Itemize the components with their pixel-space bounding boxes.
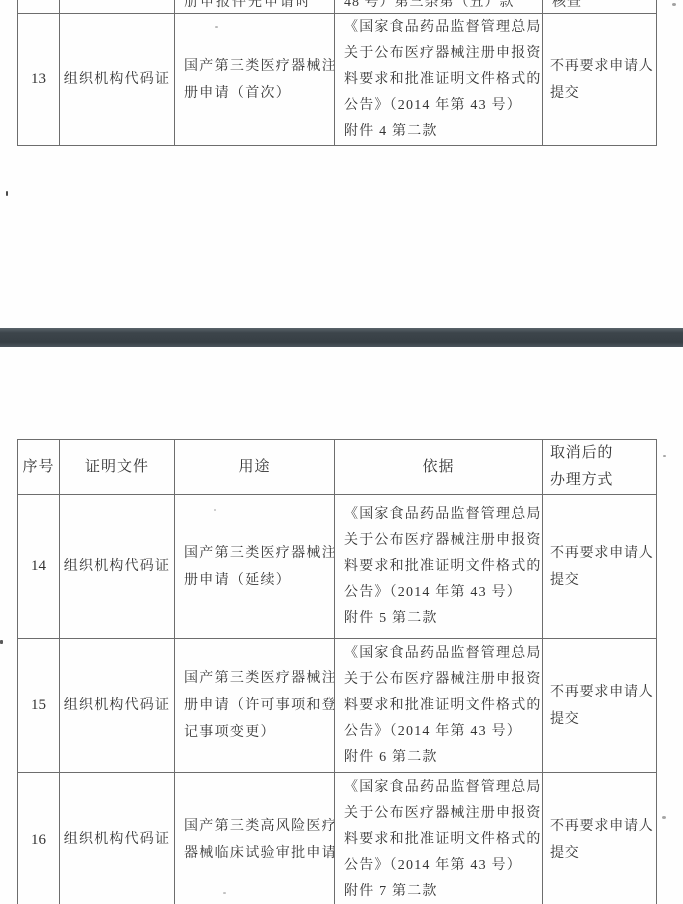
cell-usage: 国产第三类医疗器械注 册申请（延续） xyxy=(175,495,335,639)
text-line: 关于公布医疗器械注册申报资 xyxy=(344,528,542,554)
scanned-page: 册申报件先申请时 48 号）第三条第（五）款 核查 13 组织机构代码证 国产第… xyxy=(0,0,683,904)
cell-certificate: 组织机构代码证 xyxy=(60,773,175,904)
text-line: 料要求和批准证明文件格式的 xyxy=(344,67,542,93)
text-line: 料要求和批准证明文件格式的 xyxy=(344,693,542,719)
text-line: 册申请（首次） xyxy=(184,80,291,107)
text-line: 《国家食品药品监督管理总局 xyxy=(344,641,542,667)
certificate-name: 组织机构代码证 xyxy=(64,827,170,853)
clipped-text: 册申报件先申请时 xyxy=(184,0,312,11)
table-row-16: 16 组织机构代码证 国产第三类高风险医疗 器械临床试验审批申请 《国家食品药品… xyxy=(18,773,657,904)
cell-certificate: 组织机构代码证 xyxy=(60,495,175,639)
cell-basis: 《国家食品药品监督管理总局 关于公布医疗器械注册申报资 料要求和批准证明文件格式… xyxy=(335,14,543,146)
header-label-line: 取消后的 xyxy=(550,440,613,467)
header-label-line: 办理方式 xyxy=(550,467,613,494)
header-label: 依据 xyxy=(335,440,542,494)
text-line: 国产第三类高风险医疗 xyxy=(184,813,335,840)
certificate-name: 组织机构代码证 xyxy=(64,554,170,580)
header-usage: 用途 xyxy=(175,440,335,495)
cell-serial xyxy=(18,0,60,14)
scan-speck xyxy=(672,3,676,6)
serial-number: 14 xyxy=(18,495,59,638)
table-row-partial: 册申报件先申请时 48 号）第三条第（五）款 核查 xyxy=(18,0,657,14)
header-label: 序号 xyxy=(18,440,59,494)
text-line: 附件 5 第二款 xyxy=(344,606,438,632)
header-basis: 依据 xyxy=(335,440,543,495)
cell-usage: 国产第三类医疗器械注 册申请（许可事项和登 记事项变更） xyxy=(175,639,335,773)
text-line: 公告》（2014 年第 43 号） xyxy=(344,93,522,119)
certificate-name: 组织机构代码证 xyxy=(64,693,170,719)
serial-number: 16 xyxy=(18,773,59,904)
scan-speck xyxy=(214,509,216,511)
cell-after-method: 不再要求申请人 提交 xyxy=(543,495,657,639)
text-line: 公告》（2014 年第 43 号） xyxy=(344,719,522,745)
scan-speck xyxy=(215,26,218,28)
text-line: 不再要求申请人 xyxy=(550,53,654,80)
header-label: 用途 xyxy=(175,440,334,494)
text-line: 《国家食品药品监督管理总局 xyxy=(344,15,542,41)
text-line: 公告》（2014 年第 43 号） xyxy=(344,580,522,606)
cell-serial: 13 xyxy=(18,14,60,146)
scan-speck xyxy=(223,892,226,894)
cell-usage: 国产第三类医疗器械注 册申请（首次） xyxy=(175,14,335,146)
serial-number: 15 xyxy=(18,639,59,772)
cell-serial: 15 xyxy=(18,639,60,773)
header-after-method: 取消后的 办理方式 xyxy=(543,440,657,495)
table-row-13: 13 组织机构代码证 国产第三类医疗器械注 册申请（首次） 《国家食品药品监督管… xyxy=(18,14,657,146)
text-line: 册申请（许可事项和登 xyxy=(184,692,335,719)
table-row-14: 14 组织机构代码证 国产第三类医疗器械注 册申请（延续） 《国家食品药品监督管… xyxy=(18,495,657,639)
header-serial: 序号 xyxy=(18,440,60,495)
cell-serial: 16 xyxy=(18,773,60,904)
text-line: 附件 4 第二款 xyxy=(344,119,438,145)
clipped-text: 48 号）第三条第（五）款 xyxy=(344,0,515,11)
header-label: 证明文件 xyxy=(60,440,174,494)
cell-certificate xyxy=(60,0,175,14)
text-line: 提交 xyxy=(550,840,580,867)
text-line: 册申请（延续） xyxy=(184,567,291,594)
text-line: 器械临床试验审批申请 xyxy=(184,840,335,867)
scan-speck xyxy=(6,191,8,196)
text-line: 公告》（2014 年第 43 号） xyxy=(344,853,522,879)
cell-serial: 14 xyxy=(18,495,60,639)
table-header-row: 序号 证明文件 用途 依据 取消后的 办理方式 xyxy=(18,440,657,495)
text-line: 记事项变更） xyxy=(184,719,276,746)
clipped-text: 核查 xyxy=(552,0,582,11)
cell-after-method: 不再要求申请人 提交 xyxy=(543,14,657,146)
text-line: 国产第三类医疗器械注 xyxy=(184,53,335,80)
cell-basis: 48 号）第三条第（五）款 xyxy=(335,0,543,14)
text-line: 料要求和批准证明文件格式的 xyxy=(344,827,542,853)
page-separator-band xyxy=(0,328,683,347)
text-line: 不再要求申请人 xyxy=(550,540,654,567)
table-top: 册申报件先申请时 48 号）第三条第（五）款 核查 13 组织机构代码证 国产第… xyxy=(17,0,657,146)
cell-after-method: 不再要求申请人 提交 xyxy=(543,639,657,773)
cell-basis: 《国家食品药品监督管理总局 关于公布医疗器械注册申报资 料要求和批准证明文件格式… xyxy=(335,639,543,773)
cell-certificate: 组织机构代码证 xyxy=(60,14,175,146)
text-line: 不再要求申请人 xyxy=(550,679,654,706)
scan-speck xyxy=(663,455,666,457)
text-line: 关于公布医疗器械注册申报资 xyxy=(344,667,542,693)
scan-speck xyxy=(662,816,666,819)
cell-after-method: 不再要求申请人 提交 xyxy=(543,773,657,904)
certificate-name: 组织机构代码证 xyxy=(64,67,170,93)
table-bottom: 序号 证明文件 用途 依据 取消后的 办理方式 14 xyxy=(17,439,657,904)
text-line: 附件 6 第二款 xyxy=(344,745,438,771)
cell-usage: 册申报件先申请时 xyxy=(175,0,335,14)
table-row-15: 15 组织机构代码证 国产第三类医疗器械注 册申请（许可事项和登 记事项变更） … xyxy=(18,639,657,773)
scan-speck xyxy=(0,640,3,644)
text-line: 提交 xyxy=(550,567,580,594)
cell-basis: 《国家食品药品监督管理总局 关于公布医疗器械注册申报资 料要求和批准证明文件格式… xyxy=(335,773,543,904)
header-certificate: 证明文件 xyxy=(60,440,175,495)
text-line: 国产第三类医疗器械注 xyxy=(184,540,335,567)
cell-certificate: 组织机构代码证 xyxy=(60,639,175,773)
text-line: 国产第三类医疗器械注 xyxy=(184,665,335,692)
text-line: 不再要求申请人 xyxy=(550,813,654,840)
text-line: 提交 xyxy=(550,80,580,107)
text-line: 附件 7 第二款 xyxy=(344,879,438,904)
text-line: 料要求和批准证明文件格式的 xyxy=(344,554,542,580)
text-line: 关于公布医疗器械注册申报资 xyxy=(344,801,542,827)
cell-after-method: 核查 xyxy=(543,0,657,14)
cell-basis: 《国家食品药品监督管理总局 关于公布医疗器械注册申报资 料要求和批准证明文件格式… xyxy=(335,495,543,639)
text-line: 《国家食品药品监督管理总局 xyxy=(344,775,542,801)
text-line: 关于公布医疗器械注册申报资 xyxy=(344,41,542,67)
cell-usage: 国产第三类高风险医疗 器械临床试验审批申请 xyxy=(175,773,335,904)
serial-number: 13 xyxy=(18,14,59,145)
text-line: 《国家食品药品监督管理总局 xyxy=(344,502,542,528)
text-line: 提交 xyxy=(550,706,580,733)
